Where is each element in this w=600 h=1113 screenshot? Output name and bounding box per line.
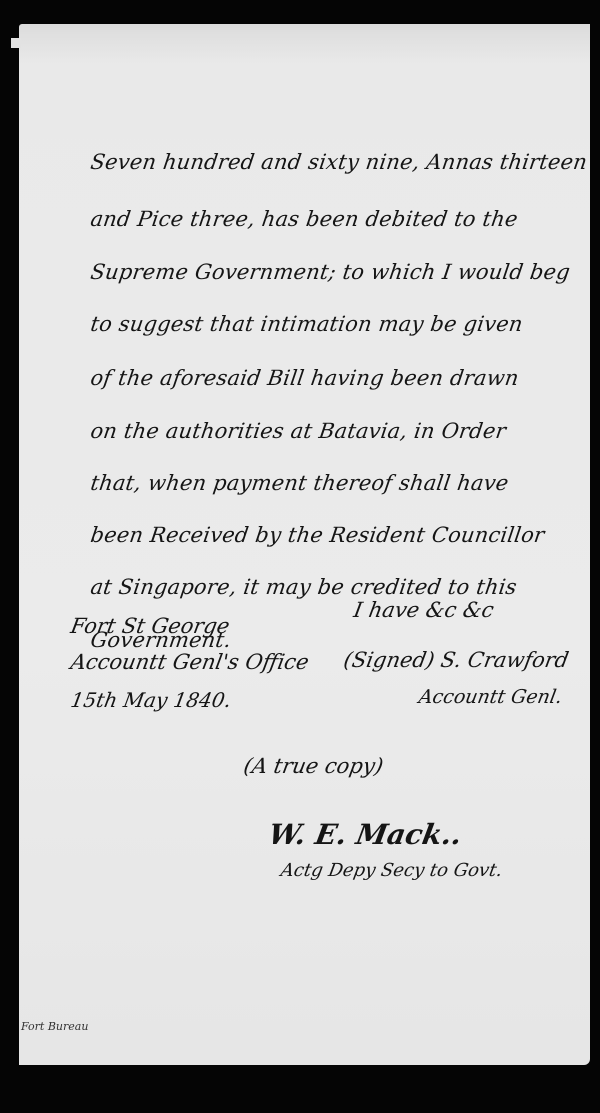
manuscript-page: Seven hundred and sixty nine, Annas thir… bbox=[19, 24, 590, 1065]
margin-note: Fort Bureau bbox=[21, 1020, 88, 1033]
body-line-6: on the authorities at Batavia, in Order bbox=[89, 419, 508, 443]
body-line-2: and Pice three, has been debited to the bbox=[89, 207, 519, 231]
body-line-8: been Received by the Resident Councillor bbox=[89, 523, 546, 547]
dateline-office: Accountt Genl's Office bbox=[69, 650, 311, 674]
dateline-place: Fort St George bbox=[69, 614, 232, 638]
closing-salutation: I have &c &c bbox=[352, 598, 496, 622]
attestation-signature: W. E. Mack.. bbox=[266, 818, 464, 851]
body-line-3: Supreme Government; to which I would beg bbox=[89, 260, 572, 284]
attestation-title: Actg Depy Secy to Govt. bbox=[279, 860, 504, 881]
closing-signed: (Signed) S. Crawford bbox=[342, 648, 571, 672]
closing-title: Accountt Genl. bbox=[417, 686, 564, 708]
body-line-5: of the aforesaid Bill having been drawn bbox=[89, 366, 520, 390]
true-copy-label: (A true copy) bbox=[242, 754, 385, 778]
body-line-4: to suggest that intimation may be given bbox=[89, 312, 524, 336]
body-line-1: Seven hundred and sixty nine, Annas thir… bbox=[89, 150, 589, 174]
body-line-9: at Singapore, it may be credited to this bbox=[89, 575, 518, 599]
body-line-7: that, when payment thereof shall have bbox=[89, 471, 510, 495]
dateline-date: 15th May 1840. bbox=[69, 688, 233, 712]
